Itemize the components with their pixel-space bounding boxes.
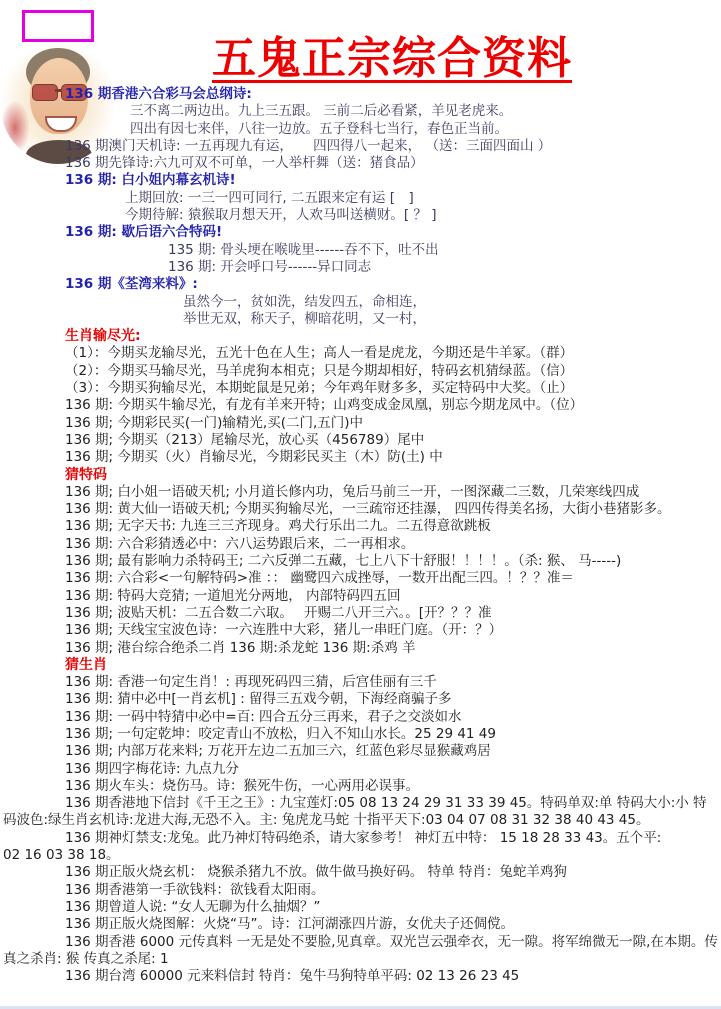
content-line: 136 期; 港台综合绝杀二肖 136 期:杀龙蛇 136 期:杀鸡 羊 <box>0 640 721 657</box>
content-line: 136 期: 一码中特猜中必中=百: 四合五分三再来，君子之交淡如水 <box>0 709 721 726</box>
content-line: 135 期: 骨头埂在喉咙里------吞不下，吐不出 <box>0 242 721 259</box>
content-line: 136 期; 天线宝宝波色诗：一六连胜中大彩，猪儿一串旺门庭。（开：？） <box>0 622 721 639</box>
content-line: 136 期先锋诗:六九可双不可单，一人举杆舞（送：猪食品） <box>0 155 721 172</box>
content-line: 02 16 03 38 18。 <box>0 847 721 864</box>
content-line: 136 期: 白小姐内幕玄机诗! <box>0 172 721 189</box>
content-line: 四出有因七来伴，八往一边放。五子登科七当行，春色正当前。 <box>0 121 721 138</box>
content-line: 136 期; 无字天书: 九连三三齐现身。鸡犬行乐出二九。二五得意欲跳板 <box>0 518 721 535</box>
content-line: 136 期; 内部万花来料; 万花开左边二五加三六，红蓝色彩尽显猴藏鸡居 <box>0 743 721 760</box>
content-line: 136 期: 猜中必中[一肖玄机] : 留得三五戏今朝，下海经商骗子多 <box>0 691 721 708</box>
content-line: 136 期; 白小姐一语破天机; 小月道长修内功，兔后马前三一开，一图深藏二三数… <box>0 484 721 501</box>
content-line: （1）：今期买龙输尽光，五光十色在人生；高人一看是虎龙，今期还是牛羊冢。（群） <box>0 345 721 362</box>
content-line: 136 期; 波贴天机：二五合数二六取。 开赐二八开三六。。[开？？？准 <box>0 605 721 622</box>
section-heading: 猜生肖 <box>0 657 721 674</box>
content-line: 举世无双，称天子，柳暗花明，又一村， <box>0 311 721 328</box>
content-line: 真之杀肖: 猴 传真之杀尾: 1 <box>0 951 721 968</box>
content-line: 136 期: 香港一句定生肖！: 再现死码四三猜，后宫佳丽有三千 <box>0 674 721 691</box>
content-line: （2）：今期买马输尽光，马羊虎狗本相克；只是今期却相好，特码玄机猜绿蓝。（信） <box>0 363 721 380</box>
content-line: 136 期; 今期买（213）尾输尽光，放心买（456789）尾中 <box>0 432 721 449</box>
content-line: 136 期澳门天机诗: 一五再现九有运， 四四得八一起来， （送：三面四面山 ） <box>0 138 721 155</box>
content-line: 今期待解: 猿猴取月想天开，人欢马叫送横财。[ ？ ] <box>0 207 721 224</box>
content-line: 136 期; 一句定乾坤：咬定青山不放松，归入不知山水长。25 29 41 49 <box>0 726 721 743</box>
content-line: 136 期正版火烧图解：火烧“马”。诗：江河湖涨四片游，女优夫子还倜傥。 <box>0 916 721 933</box>
content-lines: 136 期香港六合彩马会总纲诗:三不离二两边出。九上三五跟。 三前二后必看紧，羊… <box>0 86 721 985</box>
content-line: 136 期; 今期买（火）肖输尽光，今期彩民买主（木）防(土) 中 <box>0 449 721 466</box>
content-line: 136 期台湾 60000 元来料信封 特肖：兔牛马狗特单平码: 02 13 2… <box>0 968 721 985</box>
content-line: 136 期: 特码大竞猜; 一道旭光分两地， 内部特码四五回 <box>0 588 721 605</box>
content-line: 136 期: 六合彩猜透必中：六八运势跟后来，二一再相求。 <box>0 536 721 553</box>
content-line: 136 期神灯禁支:龙兔。此乃神灯特码绝杀，请大家参考！ 神灯五中特： 15 1… <box>0 830 721 847</box>
section-heading: 猜特码 <box>0 467 721 484</box>
content-line: 136 期: 歇后语六合特码! <box>0 224 721 241</box>
content-line: 136 期香港地下信封《千王之王》: 九宝莲灯:05 08 13 24 29 3… <box>0 795 721 812</box>
page: { "title": "五鬼正宗综合资料", "colors": { "titl… <box>0 0 721 1009</box>
page-title: 五鬼正宗综合资料 <box>212 22 572 86</box>
content-line: 136 期正版火烧玄机： 烧猴杀猪九不放。做牛做马换好码。 特单 特肖：兔蛇羊鸡… <box>0 864 721 881</box>
highlight-box <box>22 10 94 42</box>
content-line: 136 期香港第一手欲钱料：欲钱看太阳雨。 <box>0 882 721 899</box>
content-line: 136 期: 开会呼口号------异口同志 <box>0 259 721 276</box>
content-line: 码波色:绿生肖玄机诗:龙进大海,无恐不入。主: 兔虎龙马蛇 十指平天下:03 0… <box>0 812 721 829</box>
section-heading: 生肖输尽光: <box>0 328 721 345</box>
content-line: 136 期四字梅花诗: 九点九分 <box>0 761 721 778</box>
content-line: 136 期: 今期买牛输尽光，有龙有羊来开特；山鸡变成金凤凰，别忘今期龙凤中。（… <box>0 397 721 414</box>
content-line: 136 期《荃湾来料》: <box>0 276 721 293</box>
content-line: 136 期香港 6000 元传真料 一无是处不要脸,见真章。双光岂云强牵衣，无一… <box>0 934 721 951</box>
content-line: 136 期; 今期彩民买(一门)输精光,买(二门,五门)中 <box>0 415 721 432</box>
content-line: 三不离二两边出。九上三五跟。 三前二后必看紧，羊见老虎来。 <box>0 103 721 120</box>
content-line: 虽然今一，贫如洗，结发四五，命相连， <box>0 294 721 311</box>
content-line: 136 期曾道人说: “女人无聊为什么抽烟？” <box>0 899 721 916</box>
content-line: 136 期; 最有影响力杀特码王; 二六反弹二五藏，七上八下十舒服！！！！。（杀… <box>0 553 721 570</box>
content-line: 136 期香港六合彩马会总纲诗: <box>0 86 721 103</box>
content-line: 136 期: 黄大仙一语破天机; 今期买狗输尽光，一三疏帘还挂瀑， 四四传得美名… <box>0 501 721 518</box>
content-line: 136 期: 六合彩<一句解特码>准 ：： 幽鹭四六成挫辱，一数开出配三四。！？… <box>0 570 721 587</box>
content-line: （3）：今期买狗输尽光，本期蛇鼠是兄弟；今年鸡年财多多，买定特码中大奖。（止） <box>0 380 721 397</box>
content-line: 上期回放: 一三一四可同行, 二五跟来定有运 [ ] <box>0 190 721 207</box>
content-line: 136 期火车头：烧伤马。诗：猴死牛伤，一心两用必误事。 <box>0 778 721 795</box>
